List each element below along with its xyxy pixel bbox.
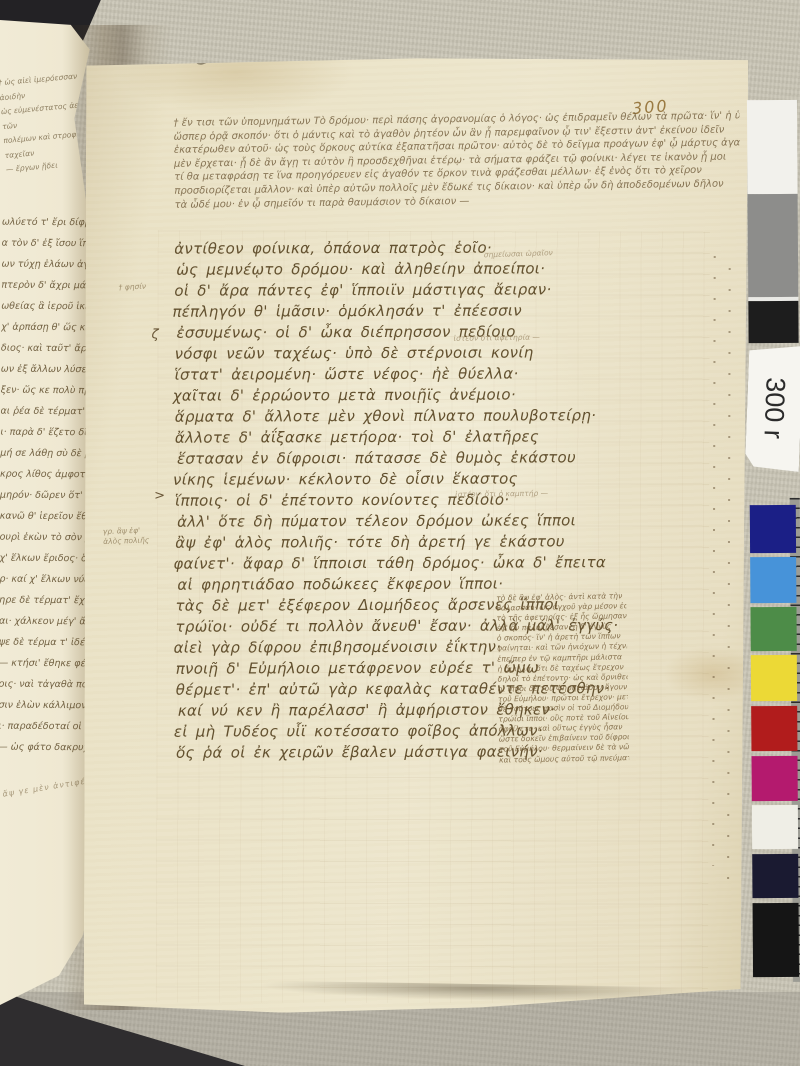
- verse-line: ἂψ ἐφ' ἁλὸς πολιῆς· τότε δὴ ἀρετή γε ἑκά…: [175, 531, 611, 554]
- right-margin-note-2: ἰστέον ὅτι ἀφετηρία —: [453, 333, 540, 343]
- color-patch-light-blue: [750, 557, 796, 603]
- verse-line: ἐσσυμένως· οἱ δ' ὦκα διέπρησσον πεδίοιο: [176, 321, 610, 344]
- verse-line: νόσφι νεῶν ταχέως· ὑπὸ δὲ στέρνοισι κονί…: [175, 342, 611, 365]
- manuscript-leaf: 300 † ἔν τισι τῶν ὑπομνημάτων Τὸ δρόμου·…: [84, 54, 749, 1014]
- verse-line: πέπληγόν θ' ἱμᾶσιν· ὁμόκλησάν τ' ἐπέεσσι…: [172, 300, 610, 323]
- margin-zeta-mark: ζ: [152, 327, 159, 342]
- verse-line: ἅρματα δ' ἄλλοτε μὲν χθονὶ πίλνατο πουλυ…: [175, 405, 611, 428]
- top-edge-stain: [196, 57, 209, 65]
- verse-line: ἵστατ' ἀειρομένη· ὥστε νέφος· ἠὲ θύελλα·: [175, 363, 611, 386]
- verse-line: ἀλλ' ὅτε δὴ πύματον τέλεον δρόμον ὠκέες …: [177, 510, 611, 533]
- left-margin-gloss: † φησίν: [118, 282, 146, 293]
- color-patch-dark-navy: [752, 854, 798, 898]
- grayscale-patch-black: [748, 301, 798, 343]
- verse-line: ὡς μεμνέῳτο δρόμου· καὶ ἀληθείην ἀποείπο…: [176, 258, 610, 281]
- color-patch-black: [753, 903, 800, 977]
- verse-line: οἱ δ' ἄρα πάντες ἐφ' ἵπποιϊν μάστιγας ἄε…: [174, 279, 610, 302]
- color-patch-magenta: [752, 756, 798, 801]
- color-calibration-bar: 300 r: [747, 98, 800, 982]
- verse-line: φαίνετ'· ἄφαρ δ' ἵπποισι τάθη δρόμος· ὦκ…: [173, 552, 611, 575]
- verse-line: ἄλλοτε δ' ἀΐξασκε μετήορα· τοὶ δ' ἐλατῆρ…: [175, 426, 611, 449]
- gloss-line: ἁλὸς πολιῆς: [103, 535, 149, 546]
- color-patch-yellow: [751, 655, 797, 701]
- color-patch-red: [751, 706, 797, 751]
- grayscale-patch-gray: [748, 194, 799, 297]
- color-patch-green: [750, 607, 796, 651]
- verse-line: νίκης ἱεμένων· κέκλοντο δὲ οἷσιν ἕκαστος: [173, 468, 611, 491]
- right-scholia-block: τὸ δὲ ἂψ ἐφ' ἁλὸς· ἀντὶ κατὰ τὴνθάλασσαν…: [496, 591, 629, 765]
- left-margin-gloss-2: γρ. ἂψ ἐφ'ἁλὸς πολιῆς: [103, 526, 150, 546]
- right-margin-note-3: ἰστέον· ὅτι ὁ καμπτήρ —: [455, 489, 548, 499]
- verse-line: χαῖται δ' ἐρρώοντο μετὰ πνοιῇϊς ἀνέμοιο·: [173, 384, 611, 407]
- margin-diple-mark: >: [154, 488, 165, 503]
- top-scholia-block: † ἔν τισι τῶν ὑπομνημάτων Τὸ δρόμου· περ…: [173, 109, 740, 212]
- right-scholia-line: καὶ τοὺς ὤμους αὐτοῦ τῷ πνεύματι —: [499, 753, 629, 765]
- verse-line: ἕστασαν ἐν δίφροισι· πάτασσε δὲ θυμὸς ἑκ…: [177, 447, 611, 470]
- prick-dots-column: [727, 268, 731, 898]
- folio-label-tag: 300 r: [745, 344, 800, 472]
- prick-dots-column: [712, 256, 716, 866]
- grayscale-patch-white: [747, 100, 798, 194]
- color-patch-navy: [750, 505, 796, 553]
- color-patch-white: [752, 805, 798, 849]
- manuscript-photo: † ὡς αἰεὶ ἱμερόεσσαν ἀοιδὴνὡς εὐμενέστατ…: [0, 0, 800, 1066]
- folio-label: 300 r: [757, 377, 790, 440]
- facing-scholia-line: † ὡς αἰεὶ ἱμερόεσσαν ἀοιδὴν: [0, 68, 96, 105]
